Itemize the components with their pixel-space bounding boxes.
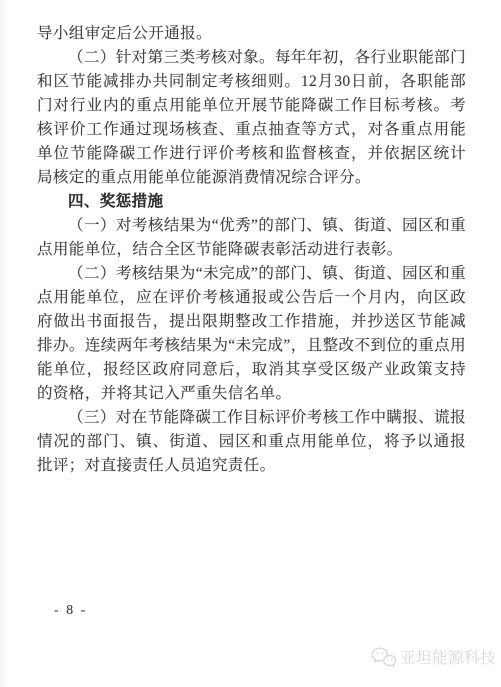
body-paragraph: 导小组审定后公开通报。 (37, 22, 466, 46)
document-body: 导小组审定后公开通报。 （二）针对第三类考核对象。每年年初，各行业职能部门和区节… (37, 22, 466, 478)
section-heading-rewards-punishments: 四、奖惩措施 (37, 190, 466, 214)
page-number: - 8 - (54, 603, 87, 619)
body-paragraph: （二）针对第三类考核对象。每年年初，各行业职能部门和区节能减排办共同制定考核细则… (37, 46, 466, 190)
body-paragraph: （二）考核结果为“未完成”的部门、镇、街道、园区和重点用能单位，应在评价考核通报… (37, 262, 466, 406)
watermark-brand-text: 亚坦能源科技 (400, 646, 496, 668)
wechat-icon (371, 646, 397, 668)
document-page: 导小组审定后公开通报。 （二）针对第三类考核对象。每年年初，各行业职能部门和区节… (0, 0, 501, 687)
body-paragraph: （三）对在节能降碳工作目标评价考核工作中瞒报、谎报情况的部门、镇、街道、园区和重… (37, 406, 466, 478)
body-paragraph: （一）对考核结果为“优秀”的部门、镇、街道、园区和重点用能单位，结合全区节能降碳… (37, 214, 466, 262)
watermark: 亚坦能源科技 (371, 646, 496, 668)
